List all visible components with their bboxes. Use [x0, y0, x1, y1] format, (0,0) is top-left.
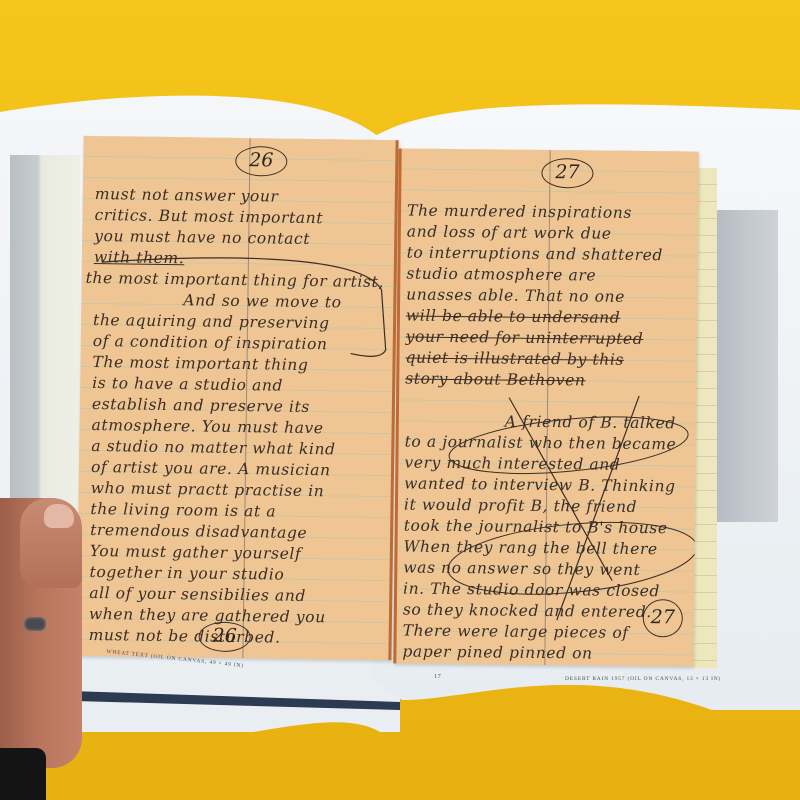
page-number-circle-top: 27 — [541, 158, 593, 189]
text-line: and loss of art work due — [407, 222, 690, 246]
text-line: unasses able. That no one — [406, 285, 689, 309]
handwritten-text: The murdered inspirations and loss of ar… — [402, 201, 690, 667]
page-number-circle-top: 26 — [235, 146, 287, 177]
text-line-struck: your need for uninterrupted — [406, 327, 689, 351]
text-line-struck: quiet is illustrated by this — [405, 348, 688, 372]
page-number-circle-bottom: 27 — [643, 599, 683, 637]
text-line: took the journalist to B's house — [404, 516, 687, 540]
text-line: in. The studio door was closed — [403, 579, 686, 603]
text-line: A friend of B. talked — [405, 411, 688, 435]
notebook-page-right: 27 The murdered inspirations and loss of… — [393, 148, 698, 666]
text-line-struck: story about Bethoven — [405, 369, 688, 393]
text-line: the most important thing for artist, — [86, 268, 386, 293]
text-line: very much interested and — [404, 453, 687, 477]
thumbnail-nail — [44, 504, 74, 528]
ring — [24, 617, 46, 631]
handwritten-text: must not answer your critics. But most i… — [89, 184, 387, 650]
text-line: was no answer so they went — [403, 558, 686, 582]
text-line: The murdered inspirations — [407, 201, 690, 225]
painting-plate-right — [716, 210, 778, 522]
notebook-page-left: 26 must not answer your critics. But mos… — [76, 136, 398, 660]
text-line: wanted to interview B. Thinking — [404, 474, 687, 498]
text-line: studio atmosphere are — [406, 264, 689, 288]
text-line: to a journalist who then became — [405, 432, 688, 456]
text-line: to interruptions and shattered — [406, 243, 689, 267]
painting-plate-left — [10, 155, 80, 515]
black-sleeve — [0, 748, 46, 800]
text-line: When they rang the bell there — [403, 537, 686, 561]
text-line: it would profit B, the friend — [404, 495, 687, 519]
book-page-number: 17 — [434, 674, 442, 680]
page-number-circle-bottom: 26 — [198, 621, 250, 652]
blank-line — [405, 390, 688, 414]
text-line-struck: will be able to undersand — [406, 306, 689, 330]
text-line: paper pined pinned on — [402, 642, 685, 666]
artwork-caption-right: DESERT RAIN 1957 (OIL ON CANVAS, 13 × 13… — [565, 676, 721, 682]
